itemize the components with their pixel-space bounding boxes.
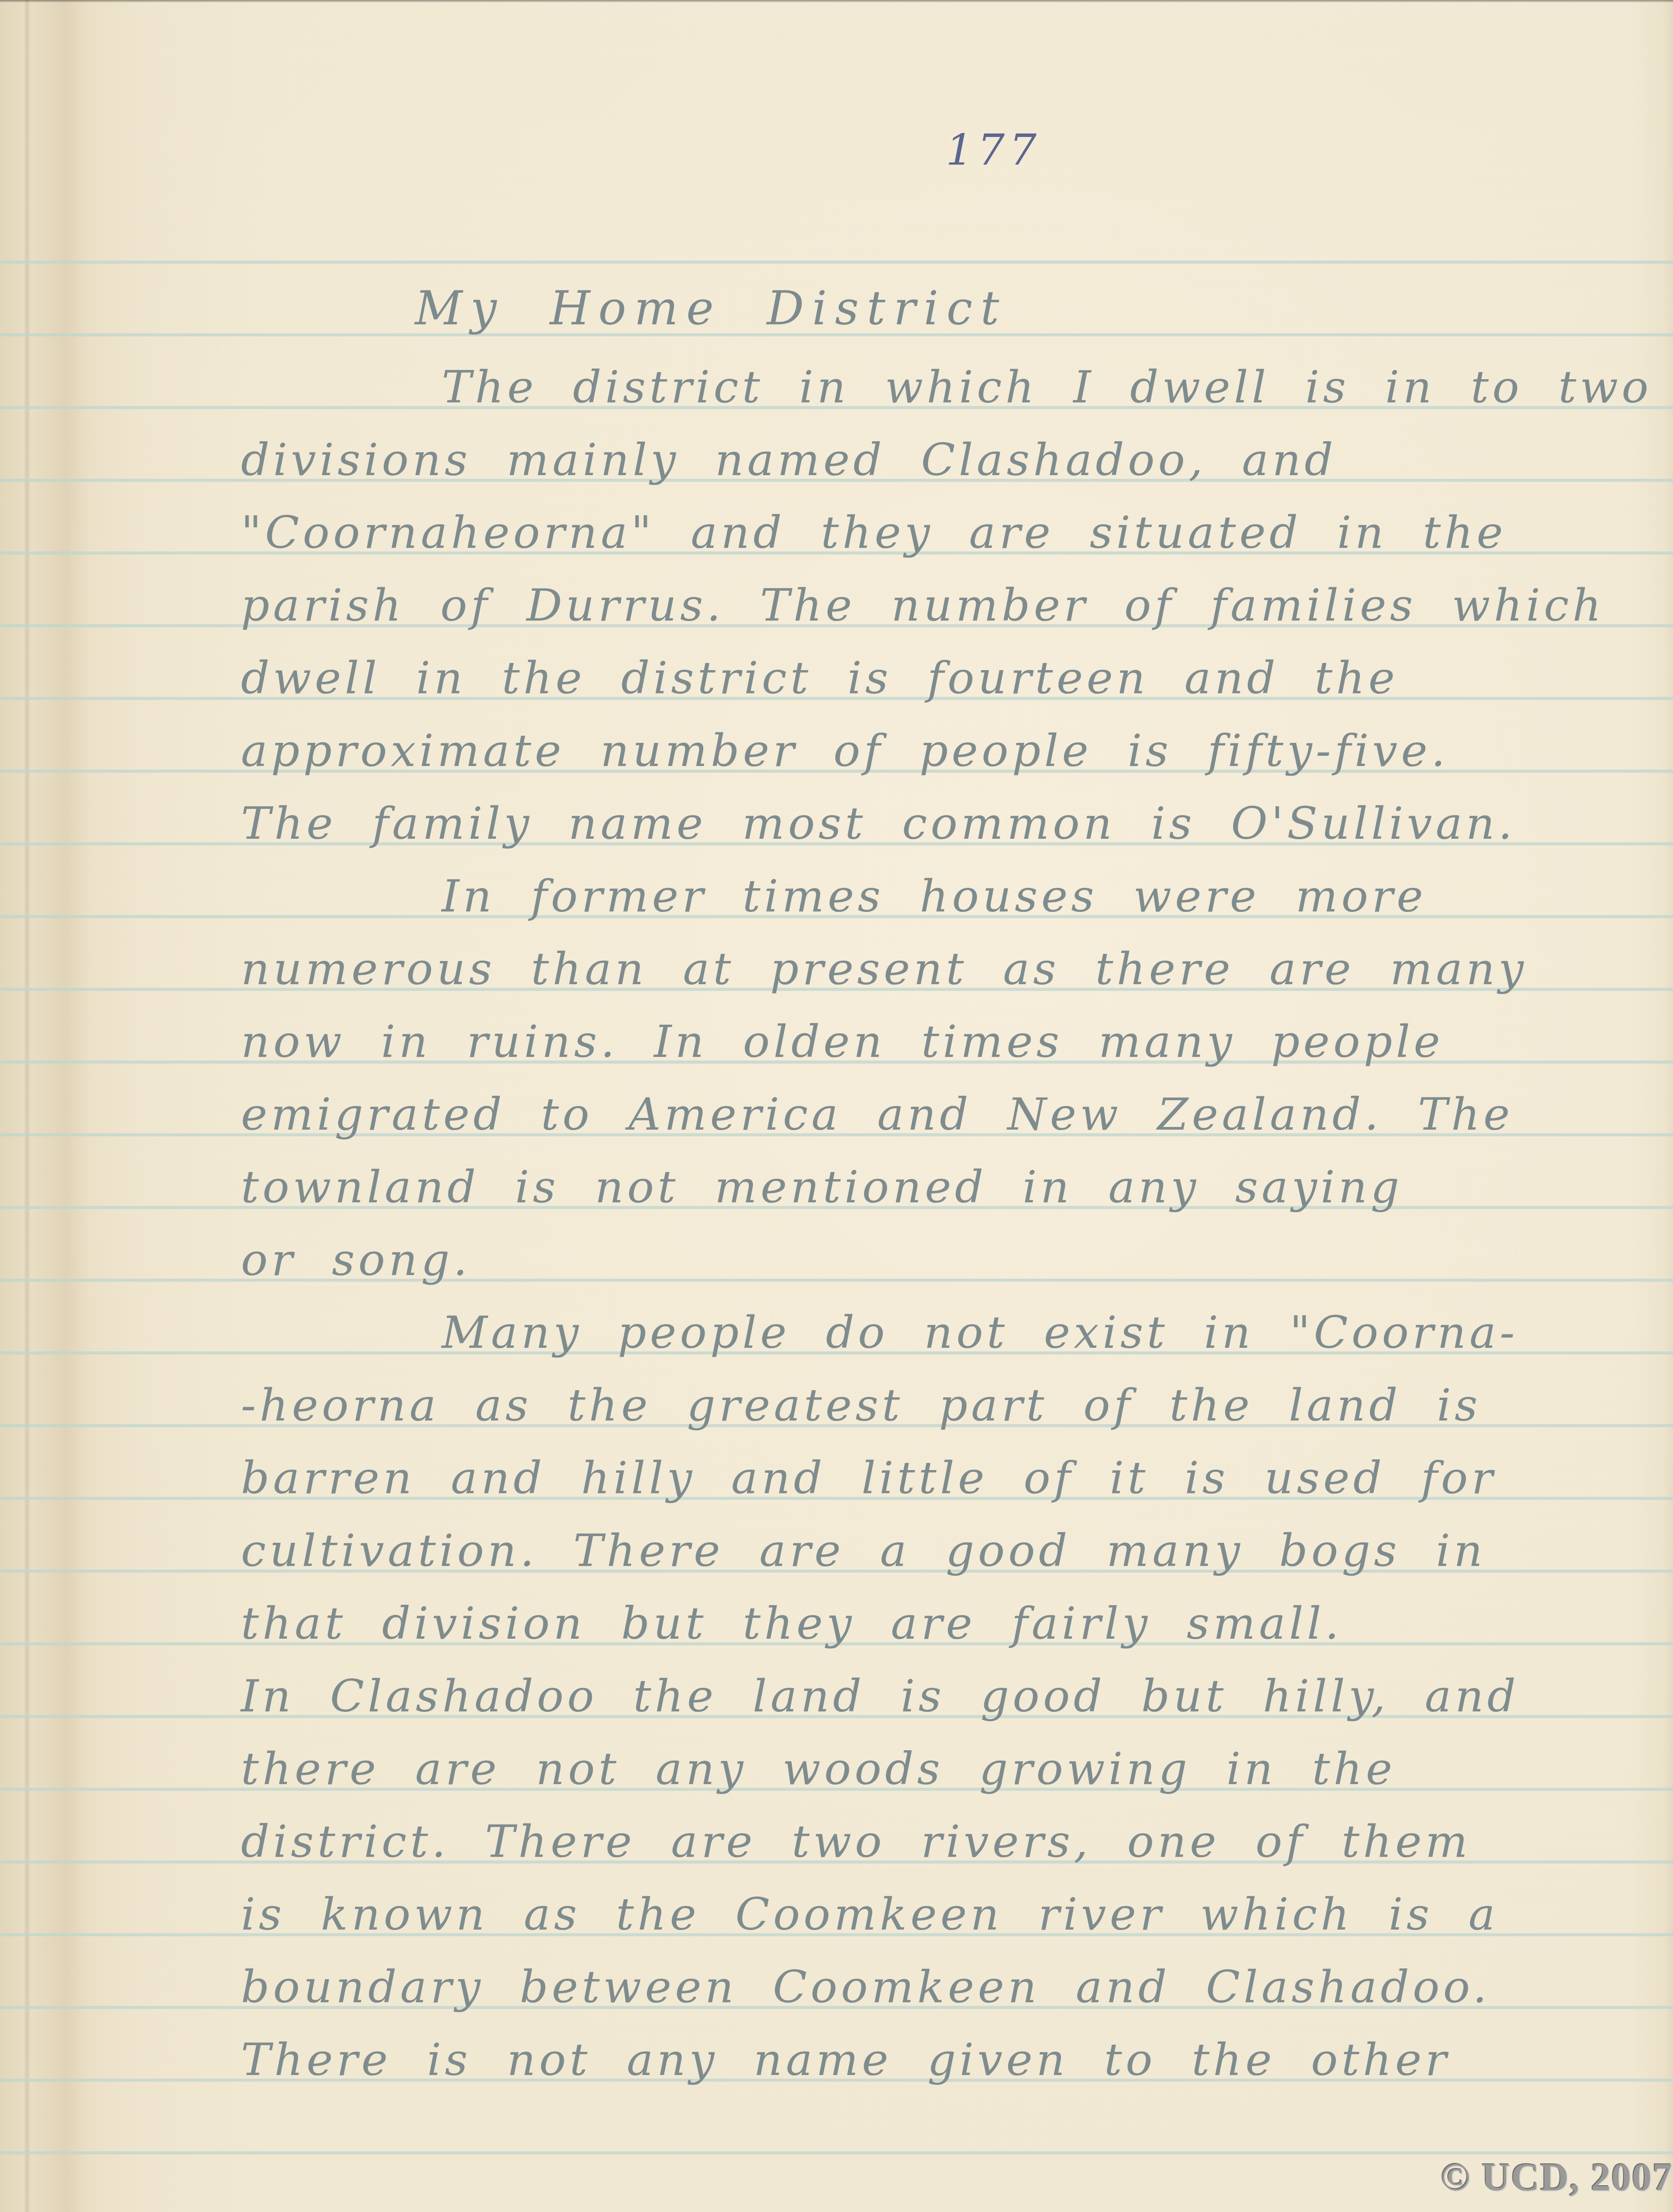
text-line: townland is not mentioned in any saying: [241, 1165, 1403, 1210]
text-line: -heorna as the greatest part of the land…: [241, 1383, 1481, 1428]
text-line: district. There are two rivers, one of t…: [241, 1819, 1471, 1864]
text-line: dwell in the district is fourteen and th…: [241, 656, 1398, 700]
notebook-page: 177 My Home District The district in whi…: [0, 0, 1673, 2212]
page-top-edge: [0, 0, 1673, 3]
text-line: numerous than at present as there are ma…: [241, 947, 1527, 991]
text-line: There is not any name given to the other: [241, 2038, 1450, 2082]
copyright-watermark: © UCD, 2007: [1441, 2155, 1673, 2200]
text-line: approximate number of people is fifty-fi…: [241, 729, 1449, 773]
text-line: now in ruins. In olden times many people: [241, 1019, 1444, 1064]
text-line: In Clashadoo the land is good but hilly,…: [241, 1674, 1520, 1719]
text-line: there are not any woods growing in the: [241, 1747, 1396, 1791]
text-line: In former times houses were more: [442, 874, 1427, 919]
binding-fold: [25, 0, 30, 2212]
text-line: barren and hilly and little of it is use…: [241, 1456, 1496, 1500]
ruled-line: [0, 261, 1673, 264]
text-line: divisions mainly named Clashadoo, and: [241, 438, 1337, 482]
text-line: The family name most common is O'Sulliva…: [241, 801, 1516, 846]
text-line: emigrated to America and New Zealand. Th…: [241, 1092, 1513, 1137]
ruled-line: [0, 2151, 1673, 2154]
text-line: Many people do not exist in "Coorna-: [442, 1310, 1518, 1355]
text-line: parish of Durrus. The number of families…: [241, 583, 1605, 628]
page-title: My Home District: [415, 281, 1007, 336]
text-line: that division but they are fairly small.: [241, 1601, 1342, 1646]
page-number: 177: [946, 125, 1041, 175]
text-line: boundary between Coomkeen and Clashadoo.: [241, 1965, 1491, 2009]
text-line: or song.: [241, 1238, 471, 1282]
text-line: cultivation. There are a good many bogs …: [241, 1529, 1486, 1573]
text-line: "Coornaheorna" and they are situated in …: [241, 510, 1507, 555]
text-line: The district in which I dwell is in to t…: [442, 365, 1652, 410]
text-line: is known as the Coomkeen river which is …: [241, 1892, 1499, 1937]
